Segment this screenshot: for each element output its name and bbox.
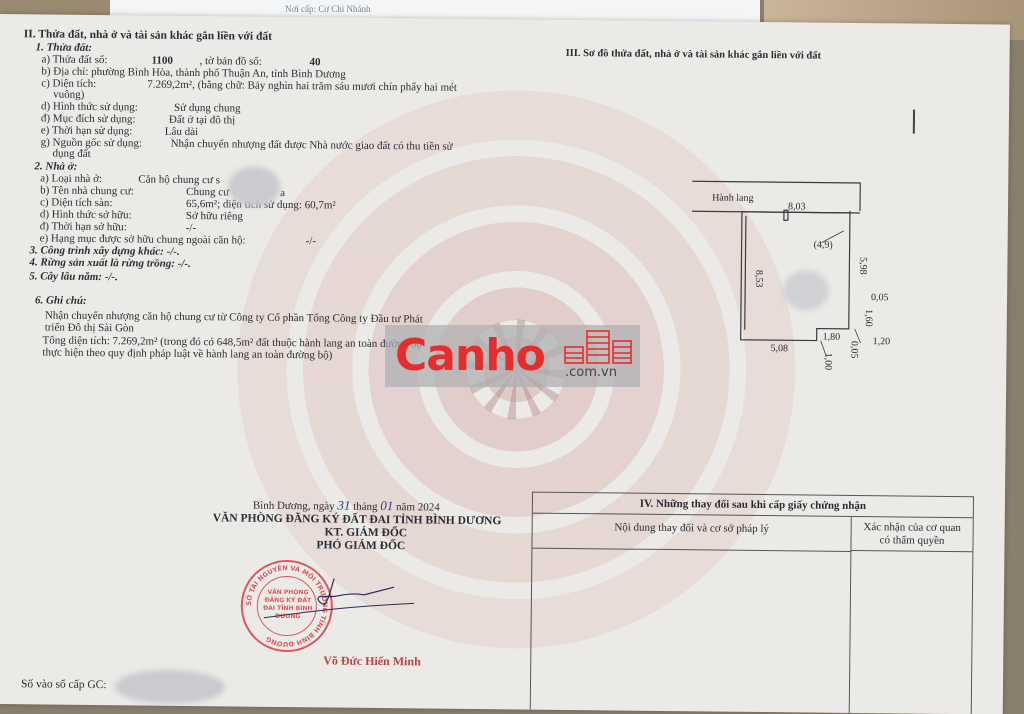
place-date: Bình Dương, ngày 31 tháng 01 năm 2024 <box>253 499 440 514</box>
map-number: 40 <box>309 56 320 68</box>
house-type: Căn hộ chung cư s <box>138 173 220 186</box>
col-confirmation-line-2: có thẩm quyền <box>851 534 972 548</box>
redaction-blur <box>783 270 829 310</box>
redaction-blur <box>228 166 280 207</box>
role-1: KT. GIÁM ĐỐC <box>325 526 408 539</box>
house-heading: 2. Nhà ở: <box>34 160 77 172</box>
role-2: PHÓ GIÁM ĐỐC <box>316 539 405 552</box>
corner-label: (4,9) <box>814 241 833 251</box>
dim-r1: 0,05 <box>871 293 889 303</box>
forest: 4. Rừng sản xuất là rừng trồng: -/-. <box>29 256 191 270</box>
floor-plan-diagram: Hành lang 8,03 8,53 (4,9) 5,98 0,05 1,60… <box>682 179 904 381</box>
floor-area-label: c) Diện tích sàn: <box>40 196 113 209</box>
purpose: Đất ở tại đô thị <box>169 114 235 127</box>
common-items: -/- <box>306 235 317 247</box>
ownership-form: Sở hữu riêng <box>186 210 243 223</box>
dim-right-upper: 5,98 <box>857 257 867 275</box>
dim-left: 8,53 <box>753 270 763 288</box>
watermark-domain: .com.vn <box>565 365 617 380</box>
dim-top: 8,03 <box>788 202 806 212</box>
ownership-term-label: đ) Thời hạn sở hữu: <box>40 220 127 233</box>
month-label: tháng <box>353 501 378 513</box>
buildings-icon <box>563 329 633 365</box>
col-confirmation-header: Xác nhận của cơ quan có thẩm quyền <box>851 517 972 552</box>
signature <box>264 572 425 624</box>
col-confirmation-line-1: Xác nhận của cơ quan <box>852 521 973 535</box>
parcel-label: a) Thửa đất số: <box>41 53 107 66</box>
column-divider <box>849 552 852 714</box>
dim-r2: 1,60 <box>863 309 873 327</box>
canho-watermark: Canho .com.vn <box>385 325 640 387</box>
col-changes-header: Nội dung thay đổi và cơ sở pháp lý <box>532 514 851 552</box>
land-heading: 1. Thửa đất: <box>36 41 93 54</box>
term-label: e) Thời hạn sử dụng: <box>41 124 133 137</box>
house-type-label: a) Loại nhà ở: <box>40 172 102 185</box>
term: Lâu dài <box>165 126 198 138</box>
office-name: VĂN PHÒNG ĐĂNG KÝ ĐẤT ĐAI TỈNH BÌNH DƯƠN… <box>213 512 502 527</box>
notes-heading: 6. Ghi chú: <box>35 294 87 307</box>
ownership-term: -/- <box>186 222 197 234</box>
redaction-blur <box>115 669 225 704</box>
dim-r3: 1,20 <box>873 337 891 347</box>
section-3-title: III. Sơ đồ thửa đất, nhà ở và tài sản kh… <box>566 48 822 63</box>
origin-cont: dụng đất <box>52 148 90 160</box>
parcel-number: 1100 <box>151 55 173 67</box>
corridor-label: Hành lang <box>712 193 753 203</box>
register-number-label: Số vào sổ cấp GC: <box>21 678 107 691</box>
dim-bottom: 5,08 <box>770 344 788 354</box>
day: 31 <box>337 498 350 513</box>
dim-b2: 1,80 <box>823 333 841 343</box>
dim-b3: 1,00 <box>822 353 832 371</box>
north-arrow-icon <box>913 110 915 134</box>
use-form-label: d) Hình thức sử dụng: <box>41 100 138 113</box>
building-name: Chung cư <box>186 186 229 198</box>
signer-name: Võ Đức Hiến Minh <box>323 653 421 669</box>
perennial-trees: 5. Cây lâu năm: -/-. <box>29 270 118 283</box>
area-value: 7.269,2m², (bằng chữ: Bảy nghìn hai trăm… <box>147 79 457 94</box>
origin: Nhận chuyển nhượng đất được Nhà nước gia… <box>171 138 453 153</box>
building-name-tail: a <box>280 187 285 199</box>
year: năm 2024 <box>396 501 440 513</box>
map-label: , tờ bản đồ số: <box>199 55 261 68</box>
notes-line-4: thực hiện theo quy định pháp luật về hàn… <box>42 346 332 361</box>
month: 01 <box>380 498 393 513</box>
use-form: Sử dụng chung <box>174 102 241 115</box>
underlying-paper-text: Nơi cấp: Cơ Chi Nhánh <box>285 4 371 14</box>
area-value-cont: vuông) <box>53 89 84 101</box>
place-date-prefix: Bình Dương, ngày <box>253 500 335 513</box>
watermark-brand: Canho <box>395 331 545 381</box>
ownership-form-label: d) Hình thức sở hữu: <box>40 208 132 221</box>
notes-line-2: triển Đô thị Sài Gòn <box>45 321 134 334</box>
purpose-label: đ) Mục đích sử dụng: <box>41 112 136 125</box>
building-name-label: b) Tên nhà chung cư: <box>40 184 134 197</box>
changes-table: IV. Những thay đổi sau khi cấp giấy chứn… <box>530 492 974 714</box>
dim-b1: 0,05 <box>848 341 858 359</box>
